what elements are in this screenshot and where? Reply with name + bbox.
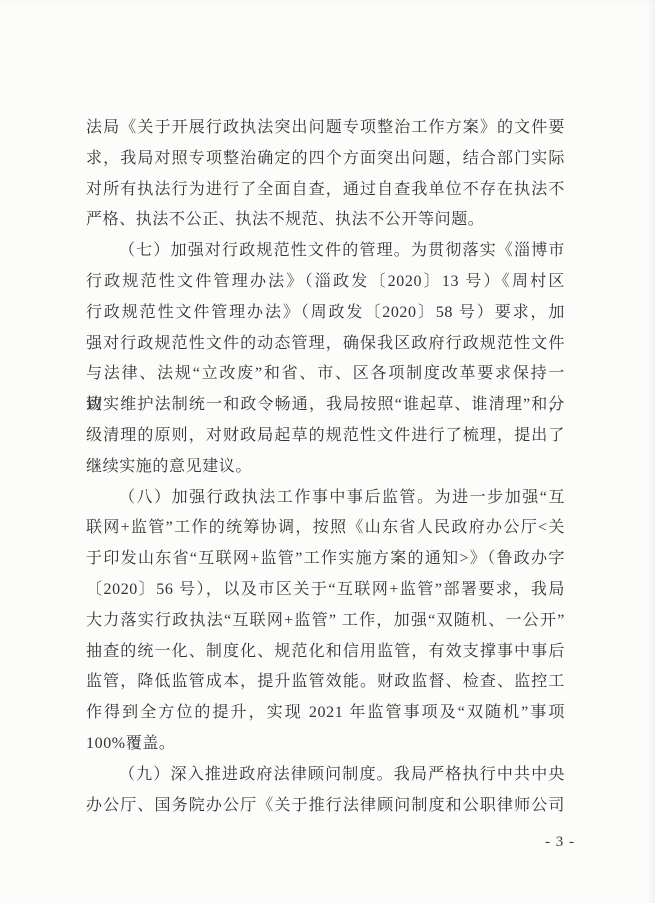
text-line: 严格、执法不公正、执法不规范、执法不公开等问题。: [86, 205, 565, 236]
text-line: 求，我局对照专项整治确定的四个方面突出问题，结合部门实际: [86, 144, 565, 175]
page-number: - 3 -: [545, 833, 575, 851]
text-line: 作得到全方位的提升，实现 2021 年监管事项及“双随机”事项: [86, 698, 565, 729]
text-line: 强对行政规范性文件的动态管理，确保我区政府行政规范性文件: [86, 329, 565, 360]
text-line: 与法律、法规“立改废”和省、市、区各项制度改革要求保持一致，: [86, 359, 565, 390]
text-line: 〔2020〕56 号），以及市区关于“互联网+监管”部署要求，我局: [86, 575, 565, 606]
text-line: 100%覆盖。: [86, 729, 565, 760]
text-line: 级清理的原则，对财政局起草的规范性文件进行了梳理，提出了: [86, 421, 565, 452]
text-line: 于印发山东省“互联网+监管”工作实施方案的通知>》（鲁政办字: [86, 544, 565, 575]
text-line: 继续实施的意见建议。: [86, 452, 565, 483]
text-line: （九）深入推进政府法律顾问制度。我局严格执行中共中央: [86, 760, 565, 791]
text-line: （八）加强行政执法工作事中事后监管。为进一步加强“互: [86, 483, 565, 514]
text-line: 法局《关于开展行政执法突出问题专项整治工作方案》的文件要: [86, 113, 565, 144]
text-line: 联网+监管”工作的统筹协调，按照《山东省人民政府办公厅<关: [86, 513, 565, 544]
text-line: 监管，降低监管成本，提升监管效能。财政监督、检查、监控工: [86, 667, 565, 698]
text-line: 抽查的统一化、制度化、规范化和信用监管，有效支撑事中事后: [86, 637, 565, 668]
text-line: 办公厅、国务院办公厅《关于推行法律顾问制度和公职律师公司: [86, 791, 565, 822]
text-line: 大力落实行政执法“互联网+监管” 工作，加强“双随机、一公开”: [86, 606, 565, 637]
text-line: 切实维护法制统一和政令畅通，我局按照“谁起草、谁清理”和分: [86, 390, 565, 421]
text-line: 对所有执法行为进行了全面自查，通过自查我单位不存在执法不: [86, 175, 565, 206]
text-line: 行政规范性文件管理办法》（淄政发〔2020〕13 号）《周村区: [86, 267, 565, 298]
body-text: 法局《关于开展行政执法突出问题专项整治工作方案》的文件要求，我局对照专项整治确定…: [86, 113, 565, 821]
scanned-document-page: 法局《关于开展行政执法突出问题专项整治工作方案》的文件要求，我局对照专项整治确定…: [0, 0, 655, 903]
text-line: （七）加强对行政规范性文件的管理。为贯彻落实《淄博市: [86, 236, 565, 267]
text-line: 行政规范性文件管理办法》（周政发〔2020〕58 号）要求，加: [86, 298, 565, 329]
